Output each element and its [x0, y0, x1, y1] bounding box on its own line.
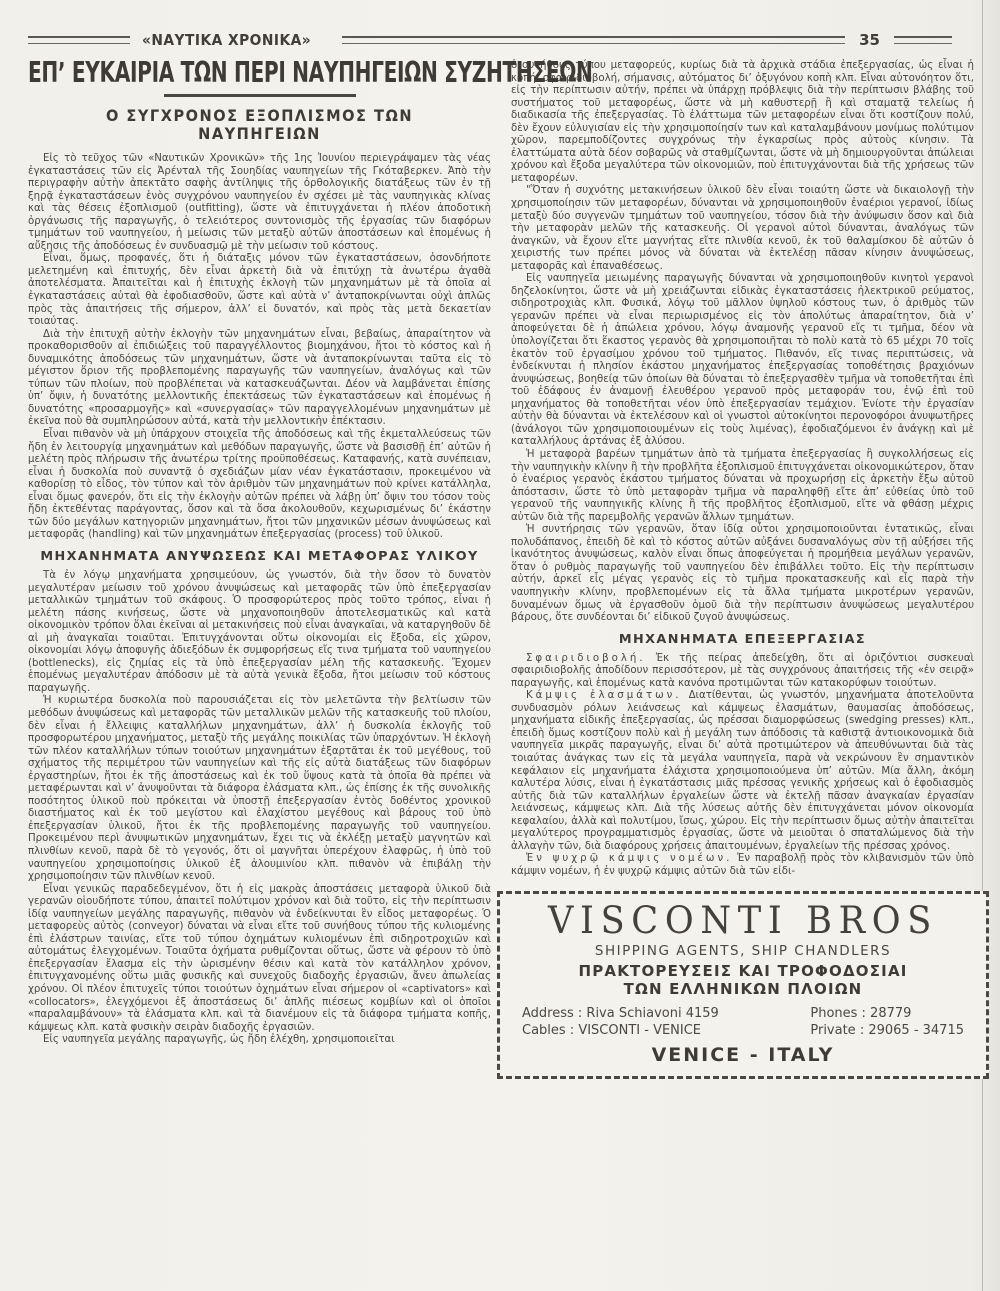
- section-heading-processing: ΜΗΧΑΝΗΜΑΤΑ ΕΠΕΞΕΡΓΑΣΙΑΣ: [511, 632, 974, 647]
- body-paragraph: Διὰ τὴν ἐπιτυχῆ αὐτὴν ἐκλογὴν τῶν μηχανη…: [28, 329, 491, 429]
- ad-contact-block: Address : Riva Schiavoni 4159 Cables : V…: [522, 1005, 964, 1040]
- header-rule-left: [28, 36, 130, 44]
- visconti-bros-advertisement: VISCONTI BROS SHIPPING AGENTS, SHIP CHAN…: [497, 891, 989, 1078]
- body-paragraph: Τὰ ἐν λόγῳ μηχανήματα χρησιμεύουν, ὡς γν…: [28, 570, 491, 695]
- ad-greek-line-2: ΤΩΝ ΕΛΛΗΝΙΚΩΝ ΠΛΟΙΩΝ: [514, 981, 972, 998]
- body-paragraph: Κάμψις ἐλασμάτων. Διατίθενται, ὡς γνωστό…: [511, 690, 974, 853]
- body-paragraph: Εἰς τὸ τεῦχος τῶν «Ναυτικῶν Χρονικῶν» τῆ…: [28, 153, 491, 253]
- body-paragraph: Ἐν ψυχρῷ κάμψις νομέων. Ἐν παραβολῇ πρὸς…: [511, 853, 974, 878]
- ad-tagline: SHIPPING AGENTS, SHIP CHANDLERS: [514, 943, 972, 959]
- right-column: ὁ συνήθους τύπου μεταφορεύς, κυρίως διὰ …: [511, 56, 974, 1079]
- title-underline: [164, 94, 356, 97]
- masthead-title: «ΝΑΥΤΙΚΑ ΧΡΟΝΙΚΑ»: [142, 31, 311, 49]
- ad-private: Private : 29065 - 34715: [810, 1022, 964, 1040]
- body-paragraph: Ἡ κυριωτέρα δυσκολία ποὺ παρουσιάζεται ε…: [28, 695, 491, 883]
- subsection-text: Διατίθενται, ὡς γνωστόν, μηχανήματα ἀποτ…: [511, 690, 974, 852]
- ad-contact-left: Address : Riva Schiavoni 4159 Cables : V…: [522, 1005, 719, 1040]
- body-paragraph: "Ὅταν ἡ συχνότης μετακινήσεων ὑλικοῦ δὲν…: [511, 185, 974, 273]
- subsection-lead: Ἐν ψυχρῷ κάμψις νομέων.: [526, 853, 732, 864]
- ad-greek-line-1: ΠΡΑΚΤΟΡΕΥΣΕΙΣ ΚΑΙ ΤΡΟΦΟΔΟΣΙΑΙ: [514, 963, 972, 980]
- body-paragraph: Εἰς ναυπηγεῖα μεγάλης παραγωγῆς, ὡς ἤδη …: [28, 1034, 491, 1047]
- ad-phones: Phones : 28779: [810, 1005, 964, 1023]
- header-rule-middle: [342, 36, 845, 44]
- ad-company-name: VISCONTI BROS: [525, 902, 960, 941]
- magazine-page: «ΝΑΥΤΙΚΑ ΧΡΟΝΙΚΑ» 35 ΕΠ’ ΕΥΚΑΙΡΙΑ ΤΩΝ ΠΕ…: [0, 0, 1000, 1291]
- page-edge: [982, 0, 983, 1291]
- body-paragraph: Εἶναι γενικῶς παραδεδεγμένον, ὅτι ἡ εἰς …: [28, 884, 491, 1035]
- left-column: ΕΠ’ ΕΥΚΑΙΡΙΑ ΤΩΝ ΠΕΡΙ ΝΑΥΠΗΓΕΙΩΝ ΣΥΖΗΤΗΣ…: [28, 56, 491, 1079]
- ad-cables: Cables : VISCONTI - VENICE: [522, 1022, 719, 1040]
- body-paragraph: Εἶναι πιθανὸν νὰ μὴ ὑπάρχουν στοιχεῖα τῆ…: [28, 429, 491, 542]
- article-subtitle: Ο ΣΥΓΧΡΟΝΟΣ ΕΞΟΠΛΙΣΜΟΣ ΤΩΝ ΝΑΥΠΗΓΕΙΩΝ: [42, 107, 477, 143]
- header-rule-right: [894, 36, 952, 44]
- body-paragraph: Σφαιριδιοβολή. Ἐκ τῆς πείρας ἀπεδείχθη, …: [511, 653, 974, 691]
- body-paragraph: Ἡ μεταφορὰ βαρέων τμημάτων ἀπὸ τὰ τμήματ…: [511, 449, 974, 524]
- article-columns: ΕΠ’ ΕΥΚΑΙΡΙΑ ΤΩΝ ΠΕΡΙ ΝΑΥΠΗΓΕΙΩΝ ΣΥΖΗΤΗΣ…: [28, 56, 975, 1079]
- body-paragraph: Ἡ συντήρησις τῶν γερανῶν, ὅταν ἰδίᾳ οὗτο…: [511, 524, 974, 624]
- subsection-lead: Κάμψις ἐλασμάτων.: [526, 690, 682, 701]
- ad-city: VENICE - ITALY: [514, 1044, 972, 1066]
- body-paragraph: Εἰς ναυπηγεῖα μειωμένης παραγωγῆς δύναντ…: [511, 273, 974, 449]
- page-header: «ΝΑΥΤΙΚΑ ΧΡΟΝΙΚΑ» 35: [28, 31, 952, 49]
- section-heading-handling: ΜΗΧΑΝΗΜΑΤΑ ΑΝΥΨΩΣΕΩΣ ΚΑΙ ΜΕΤΑΦΟΡΑΣ ΥΛΙΚΟ…: [28, 549, 491, 564]
- ad-contact-right: Phones : 28779 Private : 29065 - 34715: [810, 1005, 964, 1040]
- article-title: ΕΠ’ ΕΥΚΑΙΡΙΑ ΤΩΝ ΠΕΡΙ ΝΑΥΠΗΓΕΙΩΝ ΣΥΖΗΤΗΣ…: [28, 56, 491, 89]
- ad-address: Address : Riva Schiavoni 4159: [522, 1005, 719, 1023]
- body-paragraph: Εἶναι, ὅμως, προφανές, ὅτι ἡ διάταξις μό…: [28, 253, 491, 328]
- subsection-lead: Σφαιριδιοβολή.: [526, 653, 646, 664]
- page-number: 35: [859, 31, 880, 49]
